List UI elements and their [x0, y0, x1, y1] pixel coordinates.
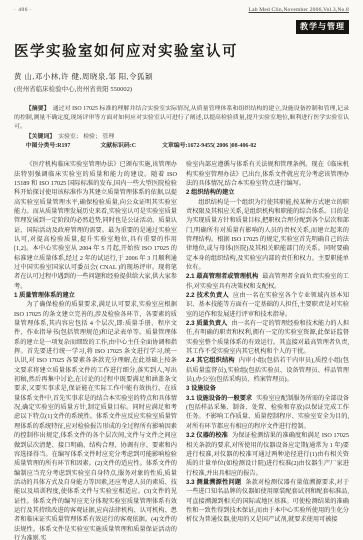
abstract-label: 【摘要】 [26, 106, 50, 112]
article-meta-line: 中图分类号:R197 文献标识码:C 文章编号:1672-9455( 2006 … [14, 142, 349, 151]
author-list: 黄 山,邓小林,许 健,周晓泉,邹 阳,令狐颖 [14, 71, 349, 82]
body-paragraph-continuation: 验室内部应遵循与体系有关法规和管理条例。现在《临床机构实验室管理办法》已出台,体… [186, 160, 349, 188]
section-heading: 1 质量管理体系的建立 [14, 291, 177, 300]
keywords-line: 【关键词】实验室； 检验； 管理 [14, 133, 349, 142]
section-heading: 2 组织结构的建立 [186, 188, 349, 197]
page-number: · 406 · [14, 7, 32, 13]
article-id: 文章编号:1672-9455( 2006 )08-406-02 [162, 142, 256, 151]
left-column: 《医疗机构临床实验室管理办法》已颁布实施,该管理办法特别强调临床实验室的质量和能… [14, 160, 177, 540]
section-heading: 3 设施设备 [186, 384, 349, 393]
clc-number: 中图分类号:R197 [26, 142, 71, 151]
abstract-text: 通过对 ISO 17025 标准的理解并结合实验室实际情况,从质量管理体系和组织… [14, 106, 349, 130]
subsection-heading: 2.2 技术负责人 [186, 292, 229, 299]
subsection-heading: 2.3 质量负责人 [186, 320, 227, 327]
article-title: 医学实验室如何应对实验室认可 [14, 40, 349, 61]
keywords-text: 实验室； 检验； 管理 [58, 134, 114, 140]
keywords-label: 【关键词】 [26, 134, 55, 140]
subsection-heading: 2.1 最高管理者或管理机构 [186, 273, 258, 280]
subsection-paragraph: 2.3 质量负责人由一名有一定的管理经验和技术能力的人担任,有明确的职责和权利,… [186, 319, 349, 356]
subsection-paragraph: 3.2 仪器的校准为保证检测结果的准确度和满足 ISO 17025 相关条款的要… [186, 431, 349, 478]
subsection-paragraph: 2.2 技术负责人应由一名在实验室各个专业领域内基本知识、基本技能等方面有一定基… [186, 291, 349, 319]
subsection-paragraph: 3.3 测量溯源性问题条款对检测仪器有量值溯源要求,对于一些进口知名品牌的仪器如… [186, 478, 349, 525]
subsection-paragraph: 3.1 设施设备的一般要求实验室应配制服务所需的全部设备(包括样品采集、制备、处… [186, 394, 349, 431]
body-paragraph: 《医疗机构临床实验室管理办法》已颁布实施,该管理办法特别强调临床实验室的质量和能… [14, 160, 177, 291]
subsection-paragraph: 2.1 最高管理者或管理机构最高管理者全面负责实验室的工作,对实验室具有决策权和… [186, 272, 349, 291]
body-paragraph: 组织结构是一个组织为行使其职能,按某种方式建立的职责权限及其相应关系,是组织机构… [186, 198, 349, 273]
body-paragraph: 为了确保检验的质量要求,满足认可要求,实验室应根据 ISO 17025 的条文建… [14, 300, 177, 540]
subsection-heading: 3.2 仪器的校准 [186, 432, 228, 439]
page-header: · 406 · Lab Med Clin,November 2006,Vol.3… [14, 7, 349, 13]
abstract-block: 【摘要】通过对 ISO 17025 标准的理解并结合实验室实际情况,从质量管理体… [14, 105, 349, 131]
right-column: 验室内部应遵循与体系有关法规和管理条例。现在《临床机构实验室管理办法》已出台,体… [186, 160, 349, 540]
section-tag: 教学与管理 [296, 20, 349, 34]
journal-page: · 406 · Lab Med Clin,November 2006,Vol.3… [0, 0, 363, 540]
body-columns: 《医疗机构临床实验室管理办法》已颁布实施,该管理办法特别强调临床实验室的质量和能… [14, 160, 349, 540]
document-code: 文献标识码:C [100, 142, 136, 151]
subsection-heading: 3.3 测量溯源性问题 [186, 479, 241, 486]
affiliation: (贵州省临床检验中心,贵州省贵阳 550002) [14, 84, 349, 93]
subsection-heading: 2.4 其它组织结构 [186, 357, 235, 364]
abstract-paragraph: 【摘要】通过对 ISO 17025 标准的理解并结合实验室实际情况,从质量管理体… [14, 105, 349, 131]
subsection-heading: 3.1 设施设备的一般要求 [186, 395, 252, 402]
subsection-paragraph: 2.4 其它组织结构内审小组(包括若干内审员),质控小组(包括质量监督员),实验… [186, 356, 349, 384]
section-tag-row: 教学与管理 [14, 20, 349, 34]
journal-citation: Lab Med Clin,November 2006,Vol.3,No.8 [249, 7, 349, 13]
